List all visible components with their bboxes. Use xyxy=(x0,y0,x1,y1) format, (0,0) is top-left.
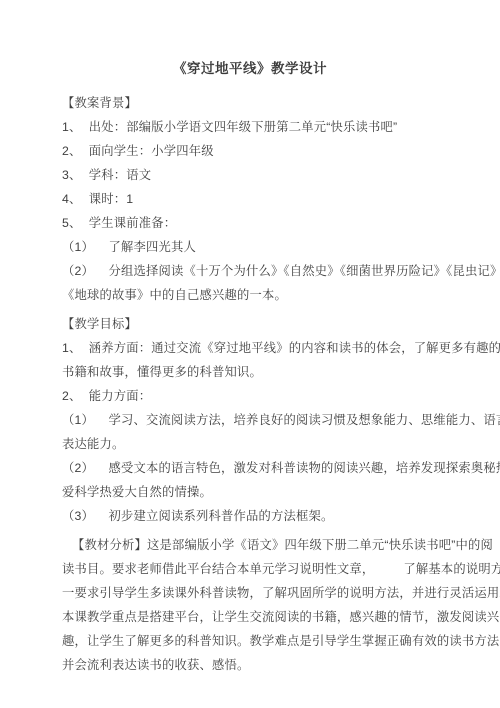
doc-line: 一要求引导学生多读课外科普读物，了解巩固所学的说明方法，并进行灵活运用。 xyxy=(62,581,438,605)
doc-line: （3） 初步建立阅读系列科普作品的方法框架。 xyxy=(62,504,438,528)
doc-line: 表达能力。 xyxy=(62,432,438,456)
doc-line: 书籍和故事，懂得更多的科普知识。 xyxy=(62,360,438,384)
document-page: 《穿过地平线》教学设计 【教案背景】1、 出处：部编版小学语文四年级下册第二单元… xyxy=(0,0,500,708)
doc-line: 爱科学热爱大自然的情操。 xyxy=(62,480,438,504)
document-body: 【教案背景】1、 出处：部编版小学语文四年级下册第二单元“快乐读书吧”2、 面向… xyxy=(62,91,438,677)
doc-line: （2） 分组选择阅读《十万个为什么》《自然史》《细菌世界历险记》《昆虫记》 xyxy=(62,259,438,283)
doc-line: 并会流利表达读书的收获、感悟。 xyxy=(62,653,438,677)
doc-line: 1、 出处：部编版小学语文四年级下册第二单元“快乐读书吧” xyxy=(62,115,438,139)
section-heading: 【教学目标】 xyxy=(62,312,438,336)
doc-line: 2、 能力方面： xyxy=(62,384,438,408)
doc-line: 《地球的故事》中的自己感兴趣的一本。 xyxy=(62,283,438,307)
doc-line: 读书目。要求老师借此平台结合本单元学习说明性文章， 了解基本的说明方法这 xyxy=(62,557,438,581)
section-heading: 【教案背景】 xyxy=(62,91,438,115)
doc-line: （1） 了解李四光其人 xyxy=(62,235,438,259)
doc-line: 4、 课时：1 xyxy=(62,187,438,211)
doc-line: 5、 学生课前准备： xyxy=(62,211,438,235)
doc-line: 2、 面向学生：小学四年级 xyxy=(62,139,438,163)
doc-line: 趣，让学生了解更多的科普知识。教学难点是引导学生掌握正确有效的读书方法， xyxy=(62,629,438,653)
doc-line: 【教材分析】这是部编版小学《语文》四年级下册二单元“快乐读书吧”中的阅 xyxy=(62,533,438,557)
doc-line: 3、 学科：语文 xyxy=(62,163,438,187)
doc-line: （2） 感受文本的语言特色，激发对科普读物的阅读兴趣，培养发现探索奥秘热 xyxy=(62,456,438,480)
document-title: 《穿过地平线》教学设计 xyxy=(62,61,438,77)
doc-line: （1） 学习、交流阅读方法，培养良好的阅读习惯及想象能力、思维能力、语言 xyxy=(62,408,438,432)
doc-line: 1、 涵养方面：通过交流《穿过地平线》的内容和读书的体会，了解更多有趣的 xyxy=(62,336,438,360)
doc-line: 本课教学重点是搭建平台，让学生交流阅读的书籍，感兴趣的情节，激发阅读兴 xyxy=(62,605,438,629)
